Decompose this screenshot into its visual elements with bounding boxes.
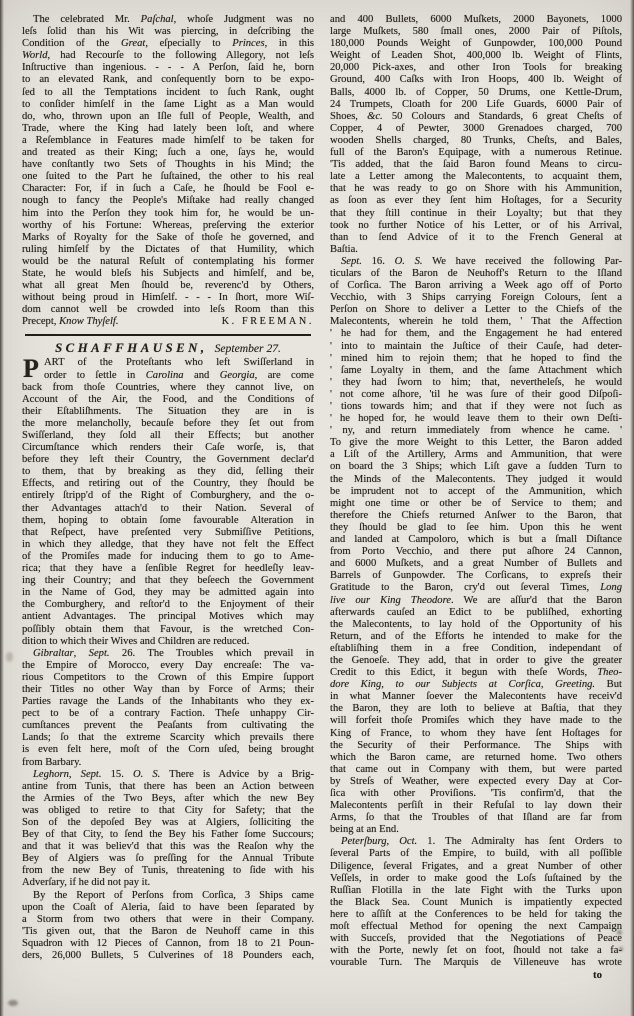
text-line: rious Competitors to the Crown of this E… bbox=[22, 672, 314, 684]
text-line: Ground, 400 Caſks with Iron Hoops, 400 l… bbox=[330, 74, 622, 86]
text-line: the more melancholly, becauſe before the… bbox=[22, 418, 314, 430]
text-line: Effects, and retiring out of the Country… bbox=[22, 478, 314, 490]
text-line: ' he hoped for, he would leave them to t… bbox=[330, 413, 622, 425]
text-line: Ruſſian Flotilla in the late Fight with … bbox=[330, 885, 622, 897]
text-line: back from thoſe Countries, where they ca… bbox=[22, 382, 314, 394]
text-line: ' into to maintain the Juſtice of their … bbox=[330, 341, 622, 353]
text-line: might one time or other be of Service to… bbox=[330, 498, 622, 510]
corsica-ships-paragraph: By the Report of Perſons from Corſica, 3… bbox=[22, 890, 314, 963]
text-line: would be the natural Reſult of contempla… bbox=[22, 256, 314, 268]
text-line: have conſtantly two Sets of Thoughts in … bbox=[22, 159, 314, 171]
text-line: a Liſt of the Artillery, Arms and Ammuni… bbox=[330, 449, 622, 461]
text-line: State, he would bleſs his Subjects and h… bbox=[22, 268, 314, 280]
text-line: the Security of their Performance. The S… bbox=[330, 740, 622, 752]
text-line: from the new Bey of Tunis, threatening t… bbox=[22, 865, 314, 877]
text-line: Baſtia. bbox=[330, 244, 622, 256]
text-line: Veſſels, in order to make good the Loſs … bbox=[330, 873, 622, 885]
text-line: the Baron, they are loth to believe at B… bbox=[330, 703, 622, 715]
text-line: was obliged to retire to that City for S… bbox=[22, 805, 314, 817]
text-line: Squadron with 12 Pieces of Cannon, from … bbox=[22, 938, 314, 950]
text-line: Account of the Air, the Food, and the Co… bbox=[22, 394, 314, 406]
text-line: Arms, ſo that the Troubles of that Iſlan… bbox=[330, 812, 622, 824]
text-line: Leghorn, Sept. 15. O. S. There is Advice… bbox=[22, 769, 314, 781]
paschal-allegory-paragraph: The celebrated Mr. Paſchal, whoſe Judgme… bbox=[22, 14, 314, 328]
text-line: a Storm from two others that were in the… bbox=[22, 914, 314, 926]
text-line: Malecontents, wherein he told them, ' Th… bbox=[330, 316, 622, 328]
text-line: is even felt here, moſt of the Corn uſed… bbox=[22, 744, 314, 756]
text-line: poſſibly obtain them that Favour, is the… bbox=[22, 624, 314, 636]
text-line: leſs ſolid than his Wit was piercing, in… bbox=[22, 26, 314, 38]
heading-date: September 27. bbox=[215, 342, 281, 355]
text-line: Trade, where the King had lately been lo… bbox=[22, 123, 314, 135]
section-divider-rule bbox=[25, 334, 311, 336]
text-line: and that it was believ'd that this was t… bbox=[22, 841, 314, 853]
newspaper-page: The celebrated Mr. Paſchal, whoſe Judgme… bbox=[0, 0, 634, 1016]
text-line: that he was ready to go on Shore with hi… bbox=[330, 183, 622, 195]
text-line: Condition of the Great, eſpecially to Pr… bbox=[22, 38, 314, 50]
text-line: dore King, to our Subjects at Corſica, G… bbox=[330, 679, 622, 691]
text-line: of Corſica. The Baron arriving a Week ag… bbox=[330, 280, 622, 292]
text-line: Perſon on Shore to deliver a Letter to t… bbox=[330, 304, 622, 316]
baron-armament-list-paragraph: and 400 Bullets, 6000 Muſkets, 2000 Bayo… bbox=[330, 14, 622, 256]
text-line: nough to fancy the People's Miſtake had … bbox=[22, 195, 314, 207]
text-line: their Eſtabliſhments. The Situation they… bbox=[22, 406, 314, 418]
text-line: ders, 26,000 Bullets, 5 Culverines of 18… bbox=[22, 950, 314, 962]
text-line: that Reſpect, have preſented very Submiſ… bbox=[22, 527, 314, 539]
text-line: ' ny, and return immediately from whence… bbox=[330, 425, 622, 437]
text-line: Balls, 4000 lb. of Copper, 50 Drums, one… bbox=[330, 87, 622, 99]
text-line: worthy of his Fortune: Whereas, preſervi… bbox=[22, 220, 314, 232]
text-line: their Titles no other Way than by Force … bbox=[22, 684, 314, 696]
text-line: afterwards cauſed an Edict to be publiſh… bbox=[330, 607, 622, 619]
text-line: Gibraltar, Sept. 26. The Troubles which … bbox=[22, 648, 314, 660]
text-line: Swiſſerland, they ſold all their Effects… bbox=[22, 430, 314, 442]
text-line: by Streſs of Weather, were expected ever… bbox=[330, 776, 622, 788]
text-line: full of the Baron's Equipage, with a num… bbox=[330, 147, 622, 159]
text-line: ' ſame Loyalty in them, and the ſame Att… bbox=[330, 365, 622, 377]
text-line: Copper, 4 of Pewter, 3000 Grenadoes char… bbox=[330, 123, 622, 135]
text-line: ' he had for them, and the Engagement he… bbox=[330, 328, 622, 340]
text-line: on board the 3 Ships; which Liſt gave a … bbox=[330, 461, 622, 473]
text-line: ' tions towards him; and that if they we… bbox=[330, 401, 622, 413]
text-line: Circumſtance which renders their Caſe wo… bbox=[22, 442, 314, 454]
dateline-heading: SCHAFFHAUSEN,September 27. bbox=[22, 340, 314, 356]
text-line: with Succeſs, provided that the Negotiat… bbox=[330, 933, 622, 945]
text-line: Barrels of Gunpowder. The Corſicans, to … bbox=[330, 570, 622, 582]
text-line: as ſoon as ever they ſent him Hoſtages, … bbox=[330, 195, 622, 207]
text-line: the Minds of the Malecontents. They judg… bbox=[330, 474, 622, 486]
text-line: them, hoping to obtain ſome favourable A… bbox=[22, 515, 314, 527]
page-edge-shadow-right bbox=[630, 0, 634, 1016]
text-line: be imprudent not to accept of the Ammuni… bbox=[330, 486, 622, 498]
text-line: late a Letter among the Malecontents, to… bbox=[330, 171, 622, 183]
text-line: Vecchio, with 3 Ships carrying Foreign C… bbox=[330, 292, 622, 304]
text-line: order to ſettle in Carolina and Georgia,… bbox=[22, 370, 314, 382]
neuhoff-return-paragraph: Sept. 16. O. S. We have received the fol… bbox=[330, 256, 622, 837]
text-line: of the Promiſes made for inducing them t… bbox=[22, 551, 314, 563]
text-line: pect to be of a contrary Faction. Theſe … bbox=[22, 708, 314, 720]
text-line: rica; that they have a ſenſible Regret f… bbox=[22, 563, 314, 575]
text-line: antine from Tunis, that there has been a… bbox=[22, 781, 314, 793]
text-line: to them, that by breaking as they did, ſ… bbox=[22, 466, 314, 478]
text-line: Malecontents perſiſt in their Refuſal to… bbox=[330, 800, 622, 812]
text-line: the Armies of the Two Beys, after which … bbox=[22, 793, 314, 805]
text-line: ſeveral Parts of the Empire, to build, w… bbox=[330, 848, 622, 860]
text-line: being at an End. bbox=[330, 824, 622, 836]
text-line: and 6000 Muſkets, and a great Number of … bbox=[330, 558, 622, 570]
text-line: Diligence, ſeveral Frigates, and a great… bbox=[330, 861, 622, 873]
text-line: the Black Sea. Count Munich is impatient… bbox=[330, 897, 622, 909]
text-line: ticulars of the Baron de Neuhoff's Retur… bbox=[330, 268, 622, 280]
text-line: and 400 Bullets, 6000 Muſkets, 2000 Bayo… bbox=[330, 14, 622, 26]
text-line: Adverſary, if he did not pay it. bbox=[22, 877, 314, 889]
text-line: before they left their Country, the Gove… bbox=[22, 454, 314, 466]
text-line: him into the Perſon they took him for, h… bbox=[22, 208, 314, 220]
text-line: and landed at Campoloro, which is but a … bbox=[330, 534, 622, 546]
text-line: which the Baron came, are returned home.… bbox=[330, 752, 622, 764]
text-line: World, had Recourſe to the following All… bbox=[22, 50, 314, 62]
text-line: cumſtances prevent the Peaſants from cul… bbox=[22, 720, 314, 732]
text-line: dom cannot well be crowded into leſs Roo… bbox=[22, 304, 314, 316]
text-line: Precept, Know Thyſelf.K. FREEMAN. bbox=[22, 316, 314, 328]
text-line: wooden Shells charged, 80 Trunks, Cheſts… bbox=[330, 135, 622, 147]
text-line: ruling himſelf by the Dictates of that H… bbox=[22, 244, 314, 256]
text-line: ther Advantages attach'd to their Nation… bbox=[22, 503, 314, 515]
ink-smudge bbox=[8, 1000, 18, 1006]
petersburg-admiralty-paragraph: Peterſburg, Oct. 1. The Admiralty has ſe… bbox=[330, 836, 622, 969]
text-line: Bey of that City, to ſend the Bey his Fa… bbox=[22, 829, 314, 841]
text-line: do, who, thrown upon an Iſle full of Peo… bbox=[22, 111, 314, 123]
text-line: here to aſſiſt at the Conferences to be … bbox=[330, 909, 622, 921]
text-line: Lands; ſo that the extreme Scarcity whic… bbox=[22, 732, 314, 744]
text-line: ing their Country; and that they beſeech… bbox=[22, 575, 314, 587]
text-line: with the Porte, newly ſet on foot, ſhoul… bbox=[330, 945, 622, 957]
text-line: 'Tis given out, that the Baron de Neuhof… bbox=[22, 926, 314, 938]
text-line: ſica with other Proviſions. 'Tis confirm… bbox=[330, 788, 622, 800]
author-signature: K. FREEMAN. bbox=[222, 316, 314, 328]
text-line: upon the Coaſt of Aleria, ſaid to have b… bbox=[22, 902, 314, 914]
text-line: moſt effectual Method for opening the ne… bbox=[330, 921, 622, 933]
text-line: 180,000 Pounds Weight of Gunpowder, 100,… bbox=[330, 38, 622, 50]
text-line: ART of the Proteſtants who left Swiſſerl… bbox=[22, 357, 314, 369]
text-line: therefore the Chiefs returned Anſwer to … bbox=[330, 510, 622, 522]
text-line: to an elevated Rank, and conſequently bo… bbox=[22, 74, 314, 86]
text-line: than to ſend Advice of it to the French … bbox=[330, 232, 622, 244]
text-line: ſed to all the Temptations incident to ſ… bbox=[22, 87, 314, 99]
text-line: they ſhould be glad to ſee him. Upon thi… bbox=[330, 522, 622, 534]
text-line: one ſuited to the Part he ſuſtained, the… bbox=[22, 171, 314, 183]
schaffhausen-report-paragraph: PART of the Proteſtants who left Swiſſer… bbox=[22, 357, 314, 647]
text-line: Son of the depoſed Bey was at Algiers, ſ… bbox=[22, 817, 314, 829]
text-line: in the Name of God, they may be admitted… bbox=[22, 587, 314, 599]
right-column: and 400 Bullets, 6000 Muſkets, 2000 Bayo… bbox=[330, 14, 622, 982]
text-line: To give the more Weight to this Letter, … bbox=[330, 437, 622, 449]
text-line: antient Advantages. The principal Motive… bbox=[22, 611, 314, 623]
page-edge-shadow-left bbox=[0, 0, 4, 1016]
text-line: dition to which their Wives and Children… bbox=[22, 636, 314, 648]
text-line: entirely ſtripp'd of the Right of Combur… bbox=[22, 490, 314, 502]
text-line: Marks of Royalty for the Sake of thoſe h… bbox=[22, 232, 314, 244]
text-line: took no further Notice of his Letter, or… bbox=[330, 220, 622, 232]
text-line: Inſtructive than ingenious. - - - A Perſ… bbox=[22, 62, 314, 74]
ink-smudge bbox=[6, 652, 13, 662]
text-line: 24 Trumpets, Cloath for 200 Life Guards,… bbox=[330, 99, 622, 111]
text-line: that came out in Company with them, but … bbox=[330, 764, 622, 776]
text-line: King of France, to whom they have ſent H… bbox=[330, 728, 622, 740]
text-line: Peterſburg, Oct. 1. The Admiralty has ſe… bbox=[330, 836, 622, 848]
text-line: in what Manner ſoever the Malecontents h… bbox=[330, 691, 622, 703]
text-line: Credit to this Edict, it begun with theſ… bbox=[330, 667, 622, 679]
text-line: from Barbary. bbox=[22, 757, 314, 769]
text-line: ' mined him to rejoin them; that he hope… bbox=[330, 353, 622, 365]
text-line: and treated as their King; ſuch a one, ſ… bbox=[22, 147, 314, 159]
left-column: The celebrated Mr. Paſchal, whoſe Judgme… bbox=[22, 14, 314, 962]
text-line: eſtabliſhing them in a free Condition, i… bbox=[330, 643, 622, 655]
text-line: to conſider himſelf in the ſame Light as… bbox=[22, 99, 314, 111]
text-line: Weight of Leaden Shot, 400,000 lb. Weigh… bbox=[330, 50, 622, 62]
text-line: 'Tis added, that the ſaid Baron found Me… bbox=[330, 159, 622, 171]
text-line: Parties ravage the Lands of the Inhabita… bbox=[22, 696, 314, 708]
text-line: the Genoeſe. They add, that in order to … bbox=[330, 655, 622, 667]
text-line: ' they had ſworn to him; that, neverthel… bbox=[330, 377, 622, 389]
text-line: the Empire of Morocco, every Day encreaſ… bbox=[22, 660, 314, 672]
text-line: what all great Men ſhould be, reverenc'd… bbox=[22, 280, 314, 292]
text-line: Gratitude to the Baron, cry'd out ſevera… bbox=[330, 582, 622, 594]
text-line: live our King Theodore. We are aſſur'd t… bbox=[330, 595, 622, 607]
text-line: 20,000 Pick-axes, and other Iron Tools f… bbox=[330, 62, 622, 74]
text-line: The celebrated Mr. Paſchal, whoſe Judgme… bbox=[22, 14, 314, 26]
text-line: without being proud in Himſelf. - - - In… bbox=[22, 292, 314, 304]
drop-cap: P bbox=[23, 357, 39, 380]
text-line: Shoes, &c. 50 Colours and Standards, 6 g… bbox=[330, 111, 622, 123]
text-line: that they ſtill continue in their Loyalt… bbox=[330, 208, 622, 220]
text-line: vourable Turn. The Marquis de Villeneuve… bbox=[330, 957, 622, 969]
text-line: large Muſkets, 580 ſmall ones, 2000 Pair… bbox=[330, 26, 622, 38]
text-line: By the Report of Perſons from Corſica, 3… bbox=[22, 890, 314, 902]
text-line: will forfeit thoſe Promiſes which they h… bbox=[330, 715, 622, 727]
gibraltar-report-paragraph: Gibraltar, Sept. 26. The Troubles which … bbox=[22, 648, 314, 769]
text-line: Bey of Algiers was ſo preſſing for the A… bbox=[22, 853, 314, 865]
text-line: from Porto Vecchio, and there put aſhore… bbox=[330, 546, 622, 558]
text-line: in which they alledge, that they have no… bbox=[22, 539, 314, 551]
text-line: the Comburghery, and reſtor'd to the Enj… bbox=[22, 599, 314, 611]
text-line: Sept. 16. O. S. We have received the fol… bbox=[330, 256, 622, 268]
heading-city: SCHAFFHAUSEN, bbox=[55, 341, 208, 355]
leghorn-report-paragraph: Leghorn, Sept. 15. O. S. There is Advice… bbox=[22, 769, 314, 890]
text-line: the Malecontents, to lay hold of the Opp… bbox=[330, 619, 622, 631]
text-line: ' not come aſhore, 'til he was ſure of t… bbox=[330, 389, 622, 401]
text-line: a Reſemblance in Features made himſelf t… bbox=[22, 135, 314, 147]
catchword: to bbox=[330, 969, 622, 981]
text-line: Character: For, if in ſuch a Caſe, he ſh… bbox=[22, 183, 314, 195]
text-line: Return, and of the Efforts he intended t… bbox=[330, 631, 622, 643]
